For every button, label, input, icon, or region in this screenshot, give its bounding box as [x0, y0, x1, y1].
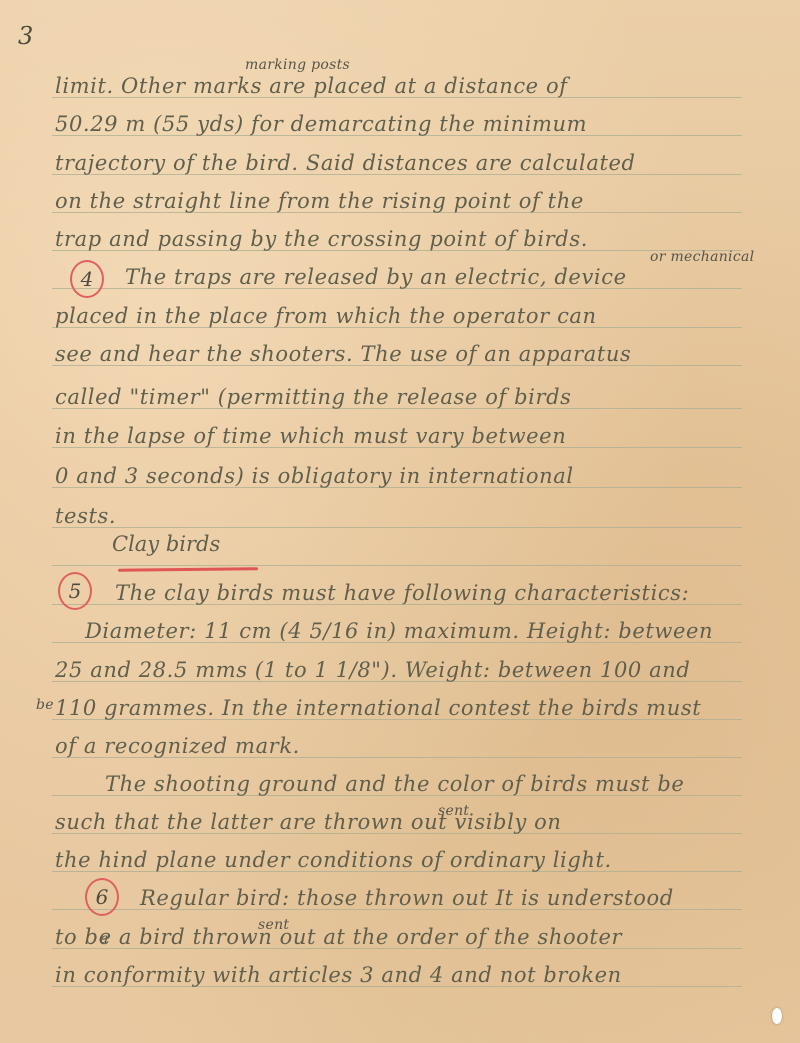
- text-line: 110 grammes. In the international contes…: [55, 698, 701, 719]
- text-line: on the straight line from the rising poi…: [55, 191, 584, 212]
- insertion-text: marking posts: [245, 58, 350, 72]
- page-number: 3: [18, 22, 33, 50]
- paragraph-marker-6: 6: [85, 878, 119, 916]
- punch-hole: [772, 1008, 782, 1024]
- insertion-text: or mechanical: [650, 250, 754, 264]
- text-line: trap and passing by the crossing point o…: [55, 229, 588, 250]
- text-line: Diameter: 11 cm (4 5/16 in) maximum. Hei…: [85, 621, 713, 642]
- text-line: in conformity with articles 3 and 4 and …: [55, 965, 622, 986]
- heading-underline: [118, 567, 258, 571]
- text-line: The clay birds must have following chara…: [115, 583, 689, 604]
- text-line: 25 and 28.5 mms (1 to 1 1/8"). Weight: b…: [55, 660, 690, 681]
- text-line: 50.29 m (55 yds) for demarcating the min…: [55, 114, 587, 135]
- section-heading: Clay birds: [112, 532, 220, 556]
- text-line: called "timer" (permitting the release o…: [55, 387, 572, 408]
- text-line: the hind plane under conditions of ordin…: [55, 850, 612, 871]
- text-line: tests.: [55, 506, 116, 527]
- text-line: limit. Other marks are placed at a dista…: [55, 76, 568, 97]
- text-line: trajectory of the bird. Said distances a…: [55, 153, 636, 174]
- text-line: The shooting ground and the color of bir…: [105, 774, 684, 795]
- text-line: see and hear the shooters. The use of an…: [55, 344, 631, 365]
- text-line: in the lapse of time which must vary bet…: [55, 426, 566, 447]
- text-line: to be a bird thrown out at the order of …: [55, 927, 622, 948]
- text-line: such that the latter are thrown out visi…: [55, 812, 562, 833]
- paragraph-marker-5: 5: [58, 572, 92, 610]
- text-line: placed in the place from which the opera…: [55, 306, 597, 327]
- handwritten-page: 3 marking posts or mechanical sent sent …: [0, 0, 800, 1043]
- margin-insertion: be: [36, 698, 54, 712]
- paragraph-marker-4: 4: [70, 260, 104, 298]
- text-line: Regular bird: those thrown out It is und…: [140, 888, 674, 909]
- ruled-line: [52, 565, 742, 566]
- text-line: The traps are released by an electric, d…: [125, 267, 627, 288]
- text-line: 0 and 3 seconds) is obligatory in intern…: [55, 466, 574, 487]
- ruled-line: [52, 527, 742, 528]
- text-line: of a recognized mark.: [55, 736, 300, 757]
